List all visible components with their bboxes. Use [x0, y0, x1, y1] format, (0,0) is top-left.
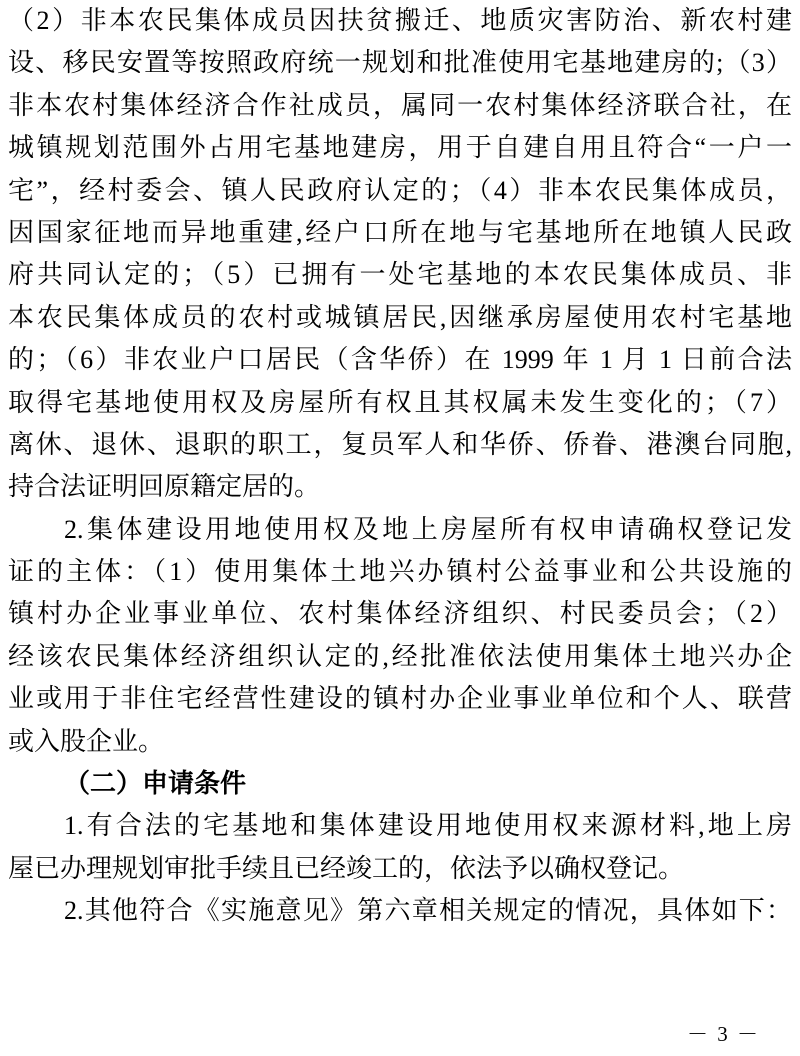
- text-line: 或入股企业。: [8, 721, 792, 763]
- text-line: 2.其他符合《实施意见》第六章相关规定的情况，具体如下：: [8, 890, 792, 932]
- text-line: 1.有合法的宅基地和集体建设用地使用权来源材料,地上房: [8, 805, 792, 847]
- page-number: － 3 －: [687, 1018, 760, 1048]
- text-line: 镇村办企业事业单位、农村集体经济组织、村民委员会；（2）: [8, 593, 792, 635]
- text-line: 因国家征地而异地重建,经户口所在地与宅基地所在地镇人民政: [8, 212, 792, 254]
- text-line: 证的主体：（1）使用集体土地兴办镇村公益事业和公共设施的: [8, 551, 792, 593]
- text-line: 持合法证明回原籍定居的。: [8, 466, 792, 508]
- text-block: （2）非本农民集体成员因扶贫搬迁、地质灾害防治、新农村建设、移民安置等按照政府统…: [8, 0, 792, 933]
- text-line: 取得宅基地使用权及房屋所有权且其权属未发生变化的；（7）: [8, 382, 792, 424]
- text-line: （2）非本农民集体成员因扶贫搬迁、地质灾害防治、新农村建: [8, 0, 792, 42]
- text-line: 屋已办理规划审批手续且已经竣工的，依法予以确权登记。: [8, 848, 792, 890]
- text-line: 设、移民安置等按照政府统一规划和批准使用宅基地建房的;（3）: [8, 42, 792, 84]
- text-line: 业或用于非住宅经营性建设的镇村办企业事业单位和个人、联营: [8, 678, 792, 720]
- text-line: （二）申请条件: [8, 763, 792, 805]
- text-line: 2.集体建设用地使用权及地上房屋所有权申请确权登记发: [8, 509, 792, 551]
- text-line: 经该农民集体经济组织认定的,经批准依法使用集体土地兴办企: [8, 636, 792, 678]
- text-line: 宅”，经村委会、镇人民政府认定的；（4）非本农民集体成员，: [8, 170, 792, 212]
- text-line: 本农民集体成员的农村或城镇居民,因继承房屋使用农村宅基地: [8, 297, 792, 339]
- text-line: 城镇规划范围外占用宅基地建房，用于自建自用且符合“一户一: [8, 127, 792, 169]
- text-line: 离休、退休、退职的职工，复员军人和华侨、侨眷、港澳台同胞,: [8, 424, 792, 466]
- document-page: （2）非本农民集体成员因扶贫搬迁、地质灾害防治、新农村建设、移民安置等按照政府统…: [0, 0, 800, 1056]
- text-line: 的；（6）非农业户口居民（含华侨）在 1999 年 1 月 1 日前合法: [8, 339, 792, 381]
- text-line: 非本农村集体经济合作社成员，属同一农村集体经济联合社，在: [8, 85, 792, 127]
- text-line: 府共同认定的；（5）已拥有一处宅基地的本农民集体成员、非: [8, 254, 792, 296]
